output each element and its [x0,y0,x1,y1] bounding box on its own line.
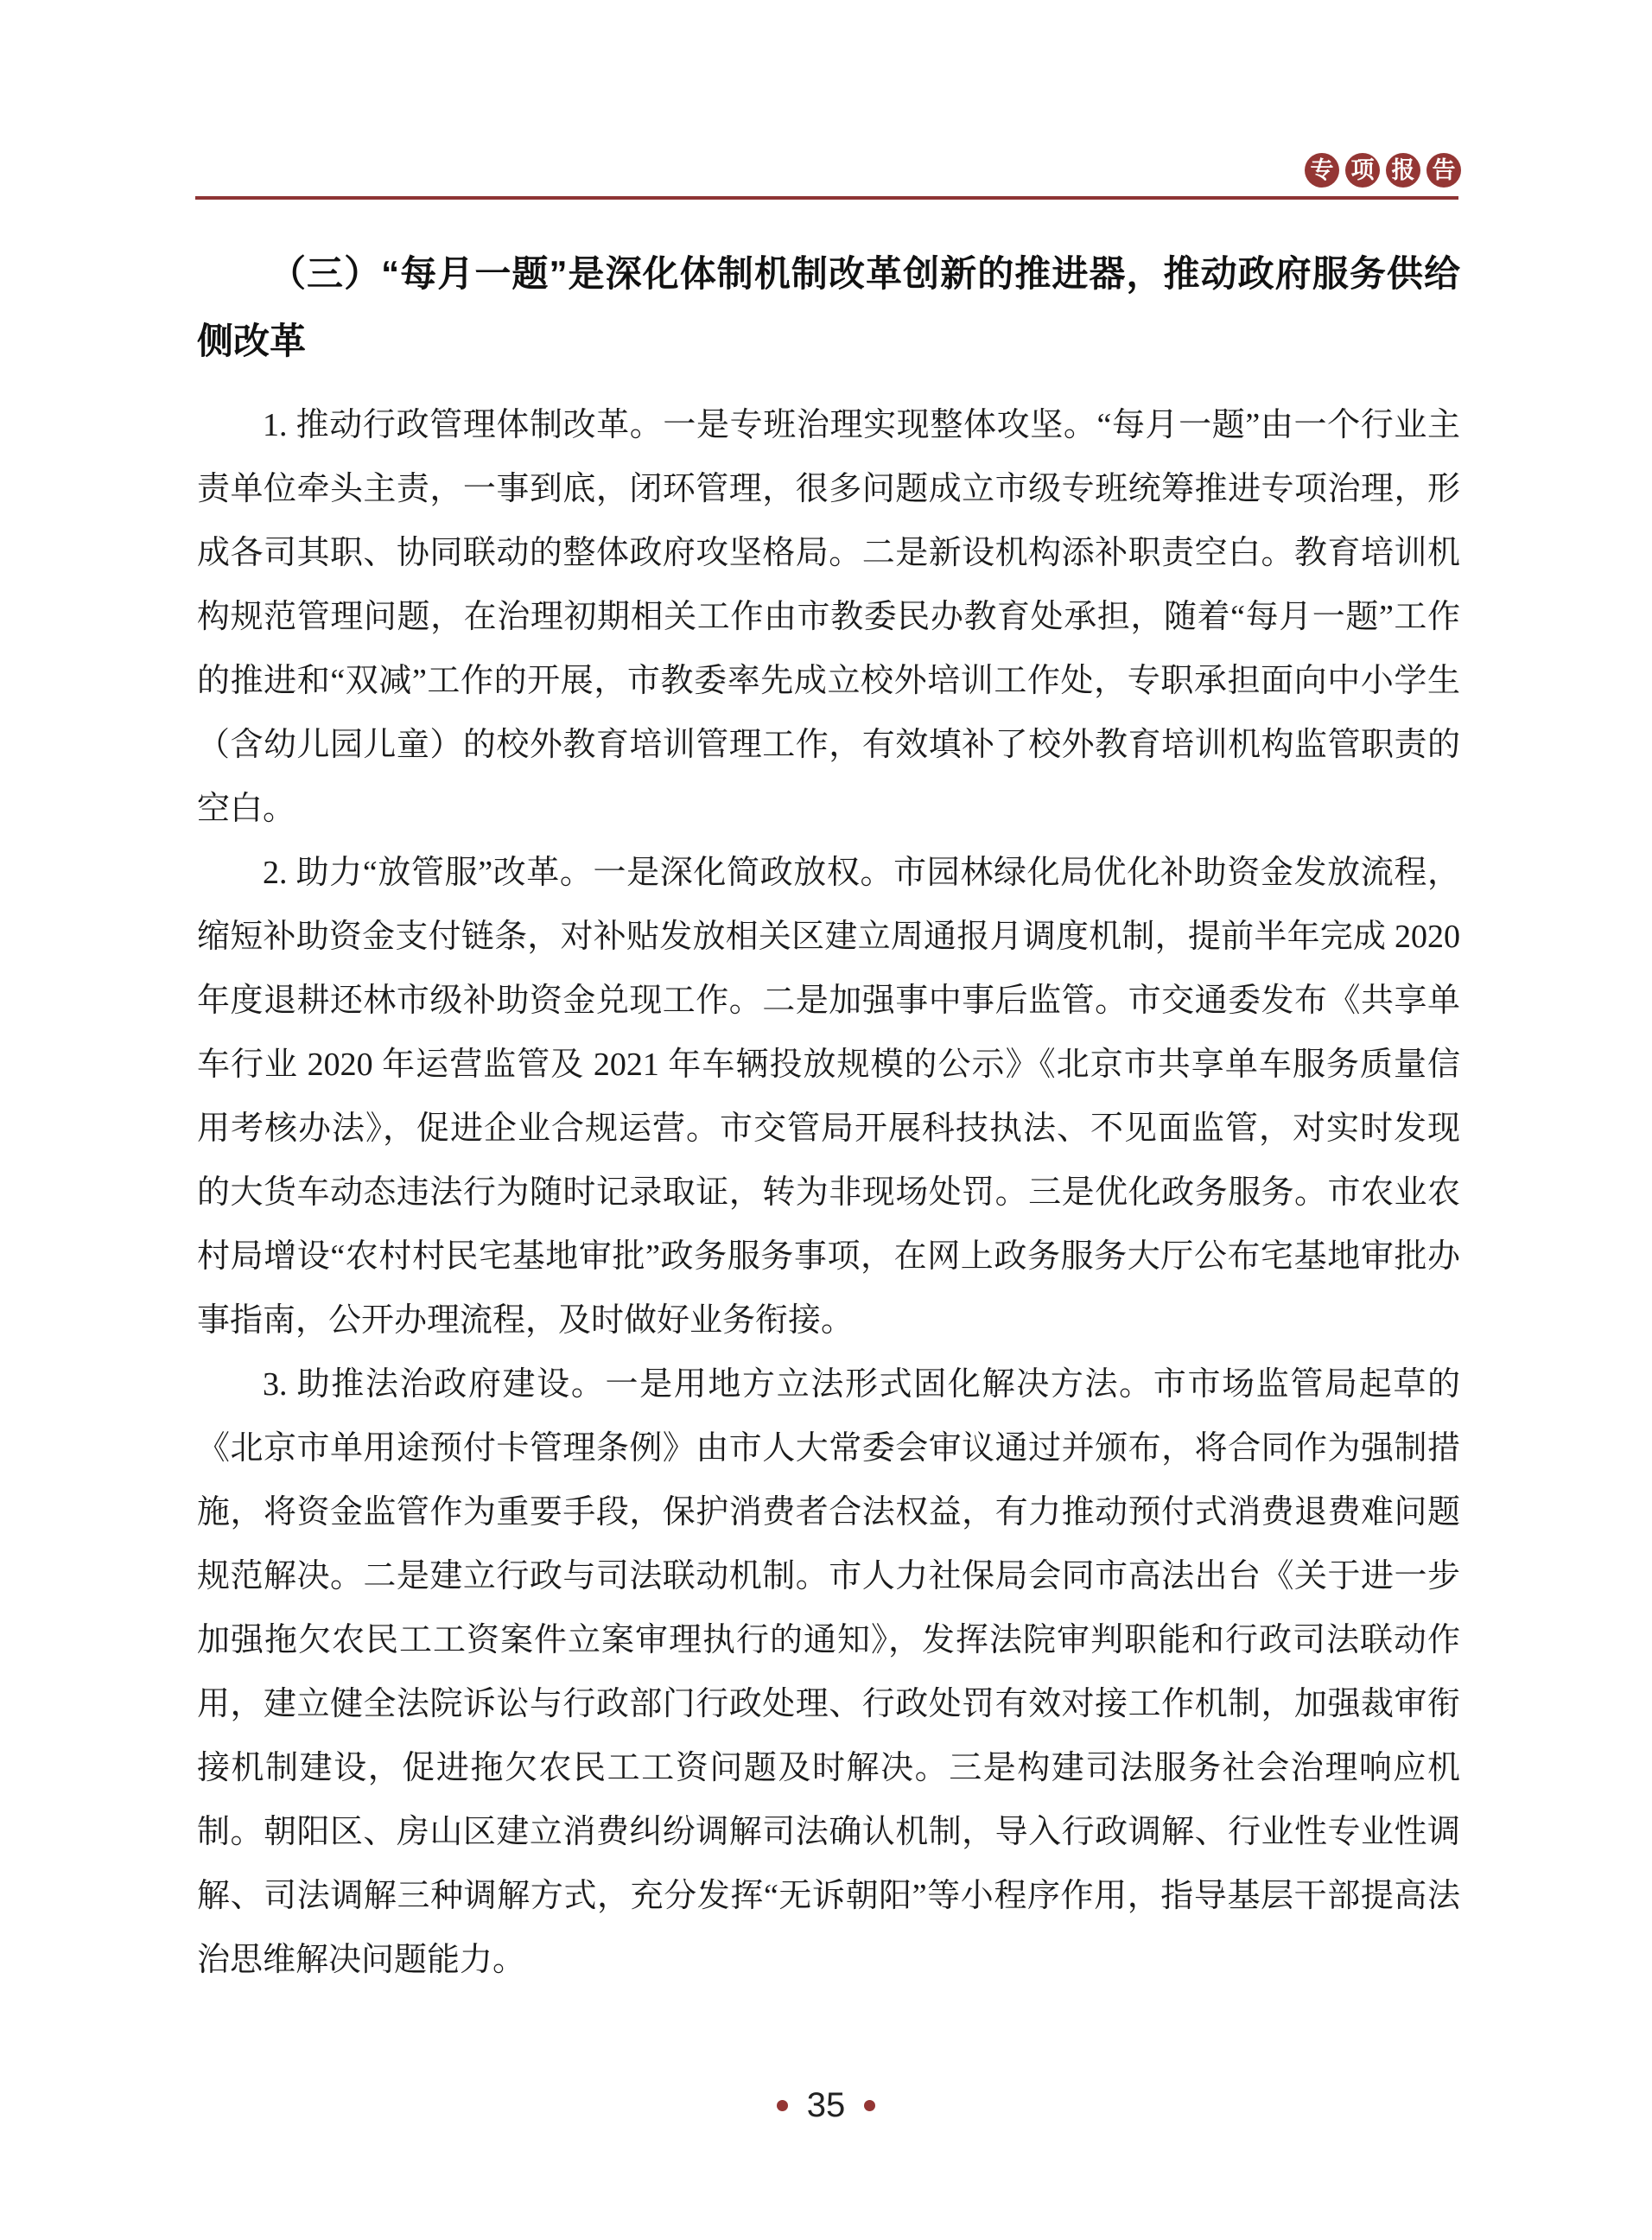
report-page: 专 项 报 告 （三）“每月一题”是深化体制机制改革创新的推进器，推动政府服务供… [0,0,1652,2240]
page-number: 35 [0,2088,1652,2122]
badge-character-icon: 专 [1305,153,1339,188]
document-body: （三）“每月一题”是深化体制机制改革创新的推进器，推动政府服务供给侧改革 1. … [197,240,1460,1992]
page-number-dot-icon [864,2100,875,2111]
paragraph: 1. 推动行政管理体制改革。一是专班治理实现整体攻坚。“每月一题”由一个行业主责… [197,393,1460,841]
paragraph: 3. 助推法治政府建设。一是用地方立法形式固化解决方法。市市场监管局起草的《北京… [197,1352,1460,1992]
page-number-dot-icon [777,2100,788,2111]
badge-character-icon: 报 [1386,153,1420,188]
badge-character: 项 [1351,159,1375,182]
badge-character-icon: 项 [1345,153,1380,188]
section-title: （三）“每月一题”是深化体制机制改革创新的推进器，推动政府服务供给侧改革 [197,240,1460,375]
badge-character: 报 [1392,159,1415,182]
badge-character-icon: 告 [1426,153,1461,188]
paragraph: 2. 助力“放管服”改革。一是深化简政放权。市园林绿化局优化补助资金发放流程，缩… [197,841,1460,1352]
page-number-value: 35 [807,2088,846,2122]
header-divider [195,196,1458,200]
badge-character: 专 [1311,159,1334,182]
badge-character: 告 [1433,159,1456,182]
report-type-badge: 专 项 报 告 [1305,153,1461,188]
